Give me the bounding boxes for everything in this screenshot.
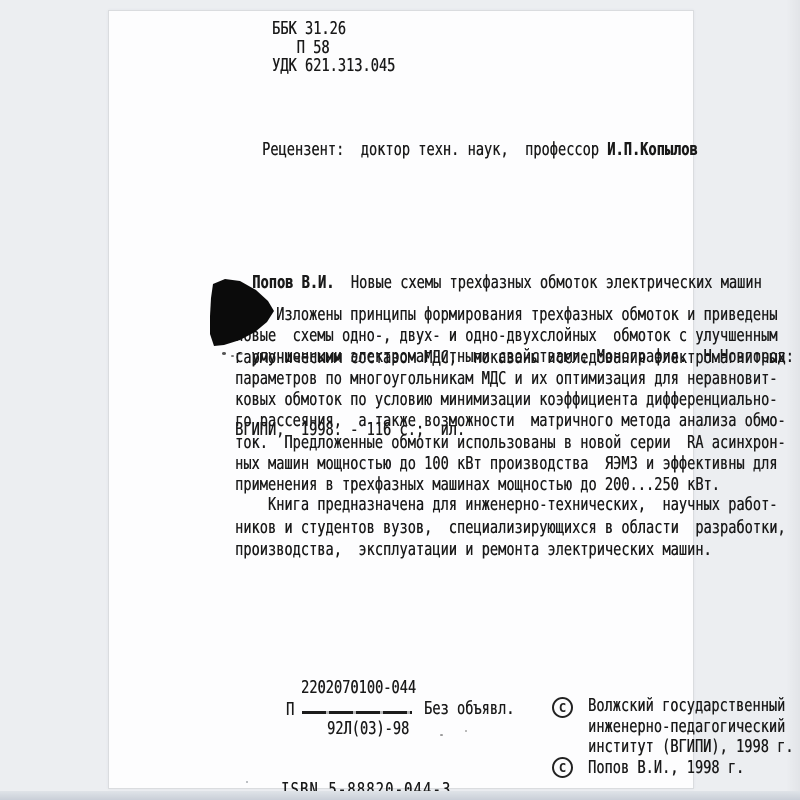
catalog-denominator: 92Л(03)-98 [327, 719, 409, 740]
ink-speck [465, 730, 467, 732]
ink-speck [240, 353, 242, 355]
audience-paragraph: Книга предназначена для инженерно-технич… [235, 494, 786, 562]
author-name: Попов В.И. [252, 273, 334, 293]
fraction-bar [302, 711, 412, 714]
copyright-symbol-icon: С [552, 757, 573, 778]
copyright-letter: С [559, 760, 567, 775]
bibliographic-line: Попов В.И. Новые схемы трехфазных обмото… [235, 271, 794, 296]
catalog-numerator: 2202070100-044 [301, 678, 416, 699]
reviewer-prefix: Рецензент: доктор техн. наук, профессор [262, 140, 607, 160]
catalog-note: Без объявл. [424, 699, 514, 720]
classification-codes: ББК 31.26 П 58 УДК 621.313.045 [272, 20, 395, 76]
book-title: Новые схемы трехфазных обмоток электриче… [334, 273, 761, 293]
ink-speck [246, 781, 248, 783]
copyright-letter: С [559, 700, 567, 715]
book-imprint-page: ББК 31.26 П 58 УДК 621.313.045 Рецензент… [108, 10, 694, 789]
scan-background: ББК 31.26 П 58 УДК 621.313.045 Рецензент… [0, 0, 800, 800]
reviewer-name: И.П.Копылов [607, 140, 697, 160]
scan-bottom-edge [0, 791, 800, 800]
ink-speck [440, 734, 443, 736]
abstract-paragraph: Изложены принципы формирования трехфазны… [235, 305, 786, 497]
copyright-symbol-icon: С [552, 697, 573, 718]
catalog-letter: П [286, 700, 294, 721]
reviewer-line: Рецензент: доктор техн. наук, профессор … [262, 140, 698, 161]
ink-speck [231, 355, 234, 357]
copyright-block: Волжский государственный инженерно-педаг… [588, 696, 793, 778]
scan-edge-shadow [786, 0, 800, 800]
ink-speck [222, 352, 226, 355]
